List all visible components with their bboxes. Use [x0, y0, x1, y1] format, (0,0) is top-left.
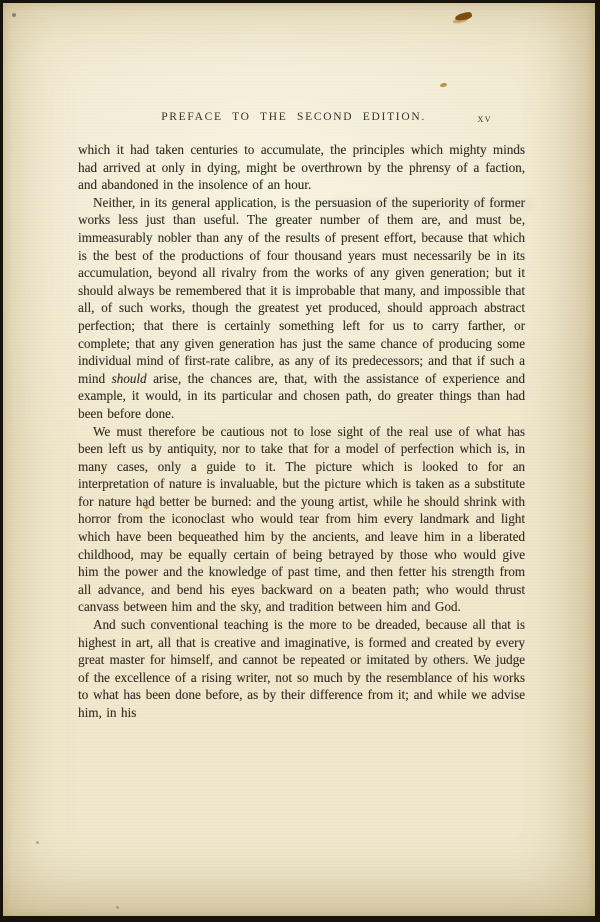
paper-speck: [12, 13, 16, 17]
page-title: PREFACE TO THE SECOND EDITION.: [161, 111, 426, 123]
foxing-mark-large: [454, 11, 472, 21]
paragraph: Neither, in its general application, is …: [78, 194, 525, 423]
page-paragraphs: which it had taken centuries to accumula…: [78, 141, 525, 722]
paper-speck: [116, 906, 119, 909]
running-head: PREFACE TO THE SECOND EDITION. xv: [78, 111, 525, 126]
text-block: PREFACE TO THE SECOND EDITION. xv which …: [78, 111, 525, 722]
italic-word: should: [112, 371, 147, 386]
book-page-scan: PREFACE TO THE SECOND EDITION. xv which …: [0, 0, 600, 922]
paper-speck: [36, 841, 39, 844]
paragraph: And such conventional teaching is the mo…: [78, 616, 525, 722]
paragraph: We must therefore be cautious not to los…: [78, 423, 525, 617]
foxing-mark-small: [440, 82, 448, 88]
page-number: xv: [477, 111, 492, 126]
paragraph: which it had taken centuries to accumula…: [78, 141, 525, 194]
